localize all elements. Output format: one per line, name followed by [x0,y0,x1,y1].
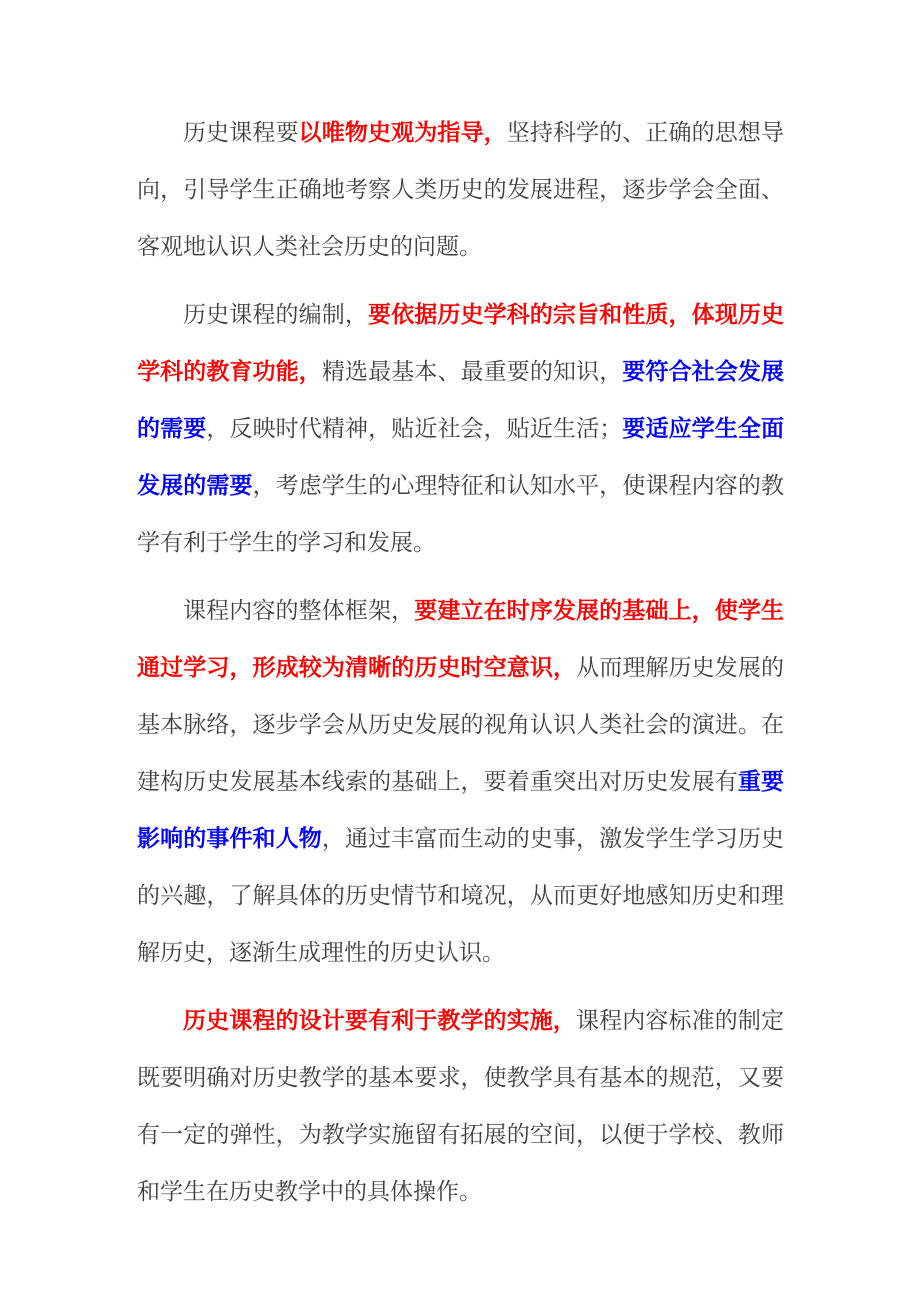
text-segment: 精选最基本、最重要的知识， [322,359,622,384]
document-page: 历史课程要以唯物史观为指导，坚持科学的、正确的思想导向，引导学生正确地考察人类历… [0,0,920,1302]
text-segment: 历史课程的设计要有利于教学的实施， [183,1008,576,1033]
text-segment: 历史课程要 [183,120,299,145]
text-segment: 课程内容标准的制定既要明确对历史教学的基本要求，使教学具有基本的规范，又要有一定… [137,1008,784,1204]
paragraph-curriculum-design: 历史课程的设计要有利于教学的实施，课程内容标准的制定既要明确对历史教学的基本要求… [137,992,784,1220]
paragraph-curriculum-compilation: 历史课程的编制，要依据历史学科的宗旨和性质，体现历史学科的教育功能，精选最基本、… [137,286,784,571]
text-segment: 历史课程的编制， [183,302,368,327]
text-segment: 以唯物史观为指导， [299,120,507,145]
paragraph-guiding-ideology: 历史课程要以唯物史观为指导，坚持科学的、正确的思想导向，引导学生正确地考察人类历… [137,104,784,275]
text-segment: ，反映时代精神，贴近社会，贴近生活； [206,416,622,441]
paragraph-content-framework: 课程内容的整体框架，要建立在时序发展的基础上，使学生通过学习，形成较为清晰的历史… [137,582,784,981]
text-segment: 课程内容的整体框架， [183,598,414,623]
